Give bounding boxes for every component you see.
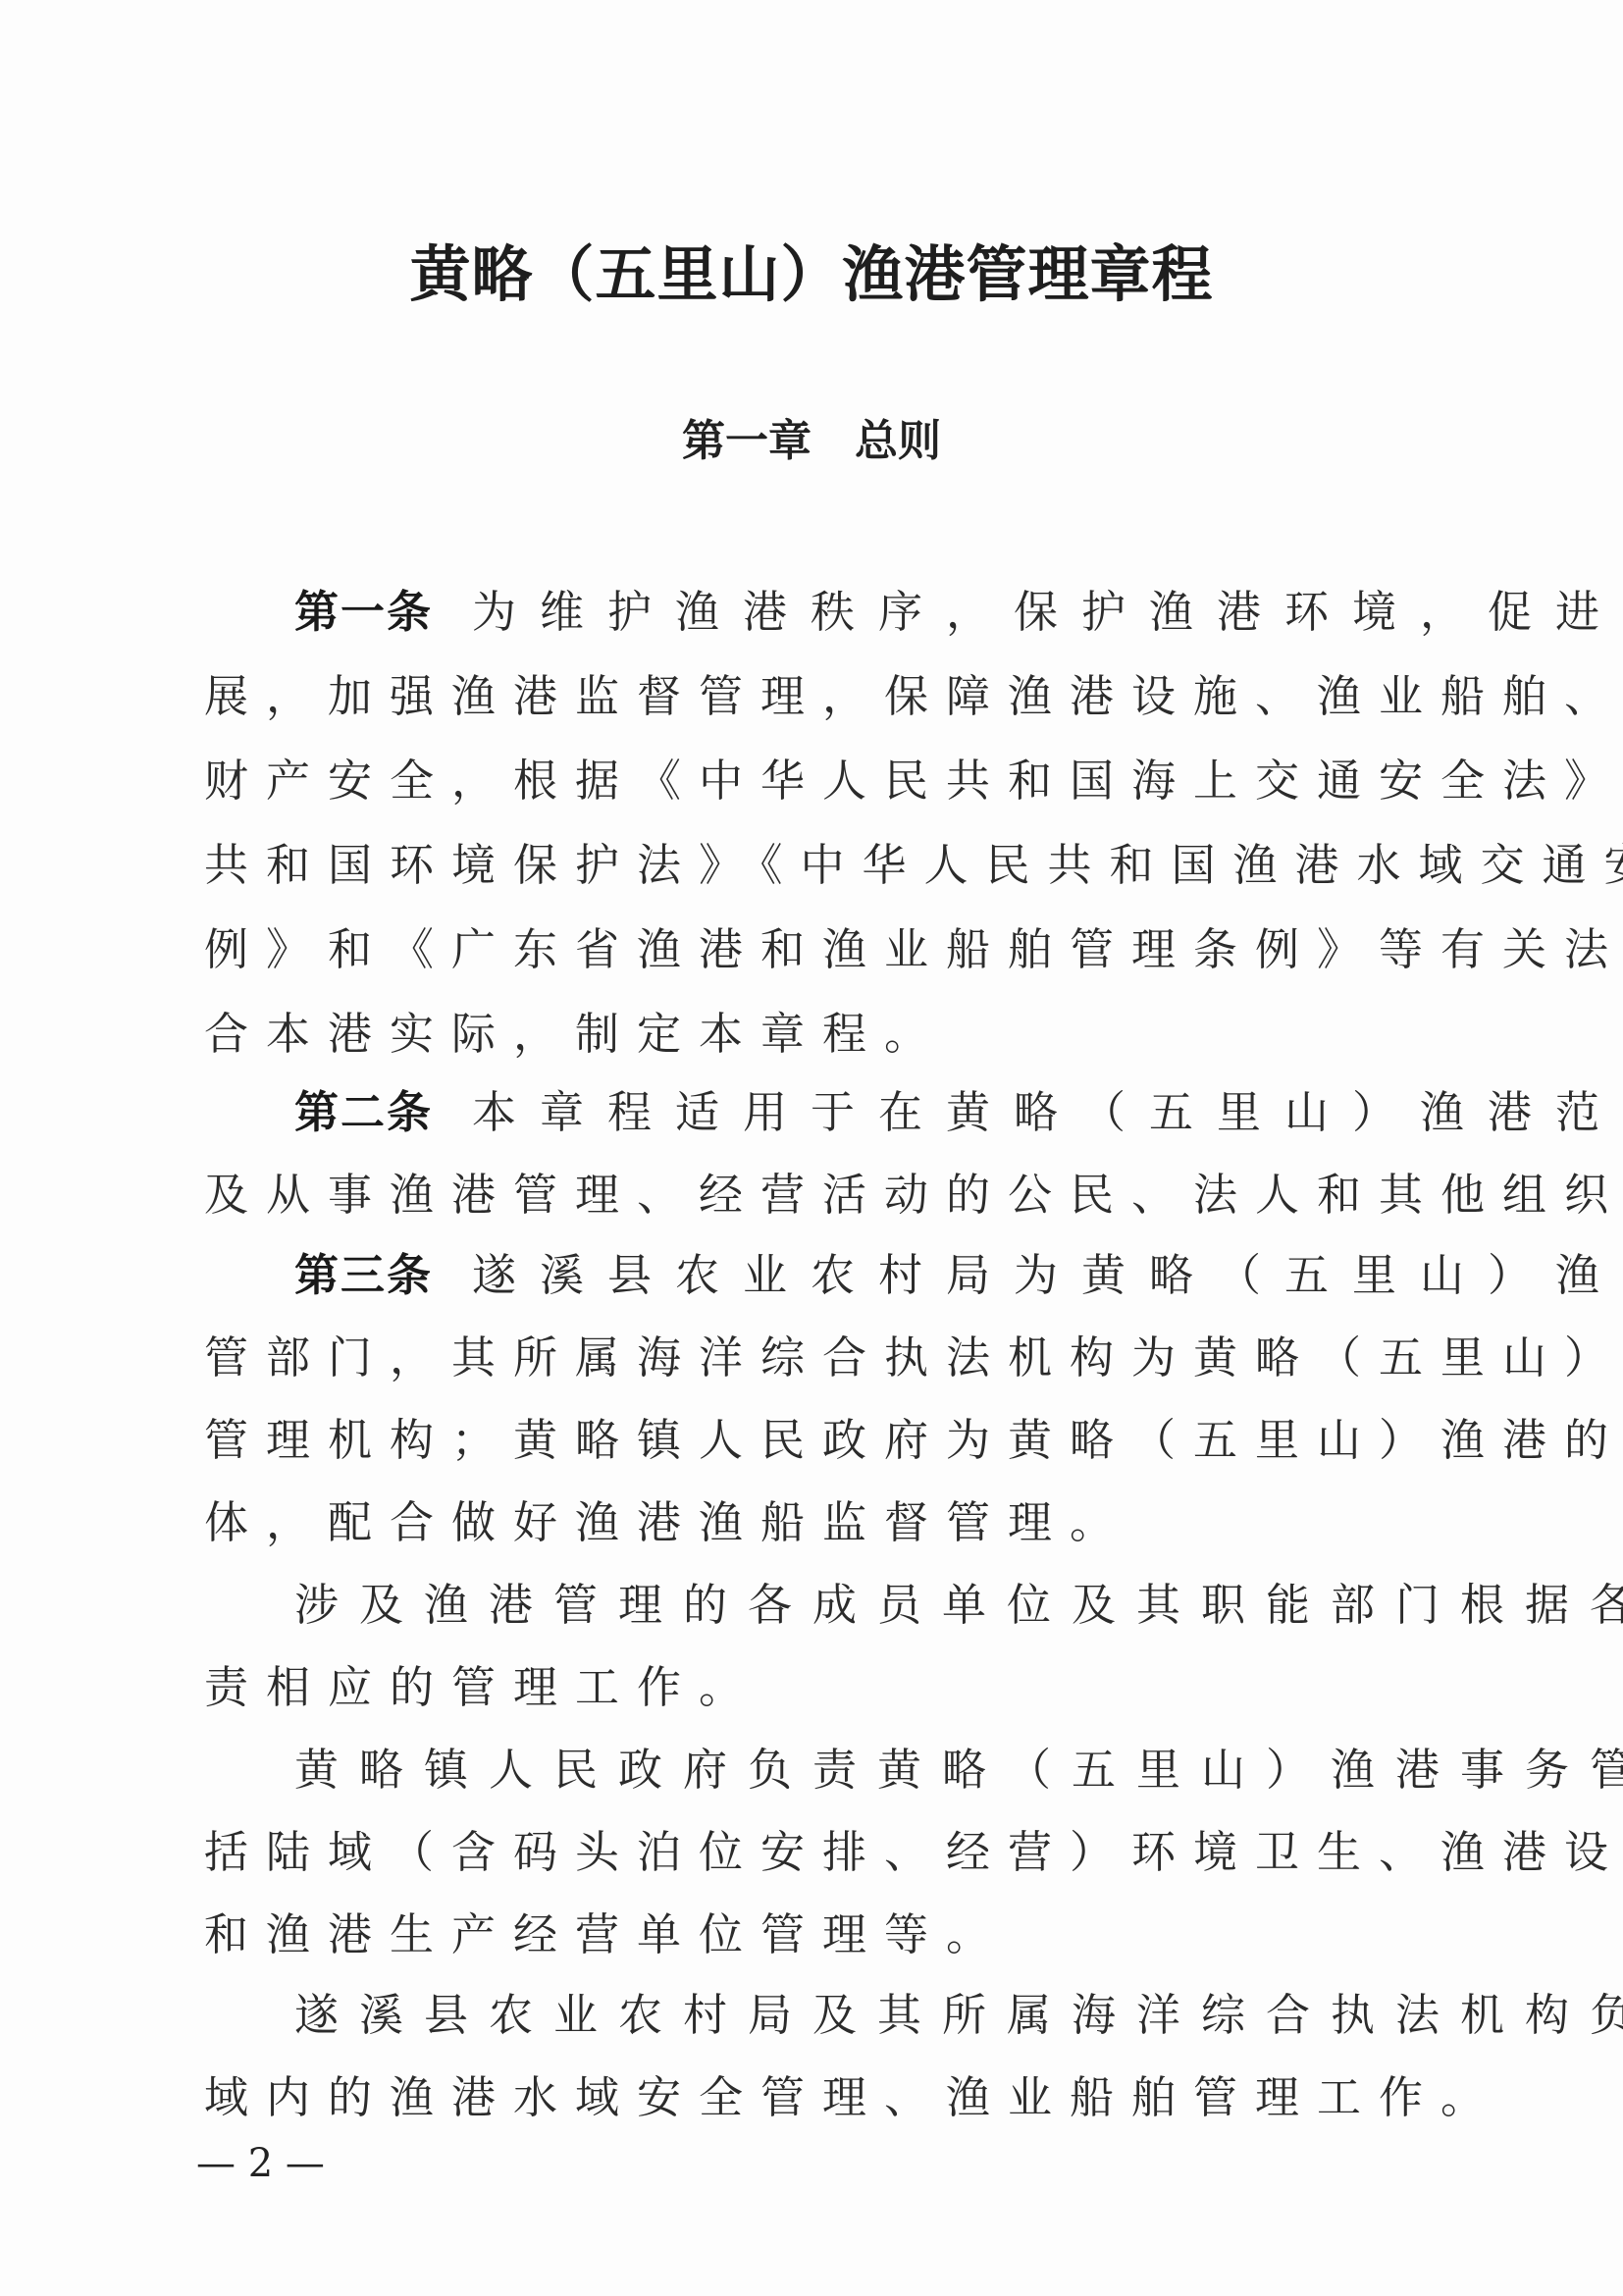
article-1-line-5: 例》和《广东省渔港和渔业船舶管理条例》等有关法律法规，结 [204, 920, 1421, 979]
chapter-heading: 第一章 总则 [0, 412, 1623, 471]
article-2-label: 第二条 [294, 1086, 433, 1138]
article-1-line-4: 共和国环境保护法》《中华人民共和国渔港水域交通安全管理条 [204, 836, 1421, 895]
article-1-line-2: 展，加强渔港监督管理，保障渔港设施、渔业船舶、公民人身及 [204, 667, 1421, 726]
article-1-line-1: 第一条为维护渔港秩序，保护渔港环境，促进渔业经济发 [294, 583, 1511, 642]
article-3-line-1: 第三条遂溪县农业农村局为黄略（五里山）渔港管理的主 [294, 1246, 1511, 1305]
paragraph-1-line-2: 责相应的管理工作。 [204, 1658, 1421, 1717]
paragraph-3-line-1: 遂溪县农业农村局及其所属海洋综合执法机构负责渔港区 [294, 1986, 1511, 2045]
article-1-line-3: 财产安全，根据《中华人民共和国海上交通安全法》《中华人民 [204, 752, 1421, 810]
article-3-line-2: 管部门，其所属海洋综合执法机构为黄略（五里山）渔港的监督 [204, 1329, 1421, 1387]
article-1-label: 第一条 [294, 586, 433, 638]
article-3-line-3: 管理机构；黄略镇人民政府为黄略（五里山）渔港的经营管理主 [204, 1411, 1421, 1470]
article-3-line-4: 体，配合做好渔港渔船监督管理。 [204, 1493, 1421, 1552]
paragraph-2-line-1: 黄略镇人民政府负责黄略（五里山）渔港事务管理工作，包 [294, 1741, 1511, 1800]
article-3-label: 第三条 [294, 1249, 433, 1301]
article-2-line-1: 第二条本章程适用于在黄略（五里山）渔港范围内的船舶 [294, 1083, 1511, 1142]
paragraph-1-line-1: 涉及渔港管理的各成员单位及其职能部门根据各自职责负 [294, 1576, 1511, 1635]
document-title: 黄略（五里山）渔港管理章程 [0, 235, 1623, 314]
paragraph-2-line-2: 括陆域（含码头泊位安排、经营）环境卫生、渔港设施维护管理 [204, 1823, 1421, 1882]
paragraph-3-line-2: 域内的渔港水域安全管理、渔业船舶管理工作。 [204, 2068, 1421, 2127]
paragraph-2-line-3: 和渔港生产经营单位管理等。 [204, 1905, 1421, 1964]
page-number: — 2 — [196, 2139, 325, 2188]
document-page: 黄略（五里山）渔港管理章程 第一章 总则 第一条为维护渔港秩序，保护渔港环境，促… [0, 0, 1623, 2296]
article-2-line-2: 及从事渔港管理、经营活动的公民、法人和其他组织。 [204, 1166, 1421, 1225]
article-1-line-6: 合本港实际，制定本章程。 [204, 1005, 1421, 1064]
